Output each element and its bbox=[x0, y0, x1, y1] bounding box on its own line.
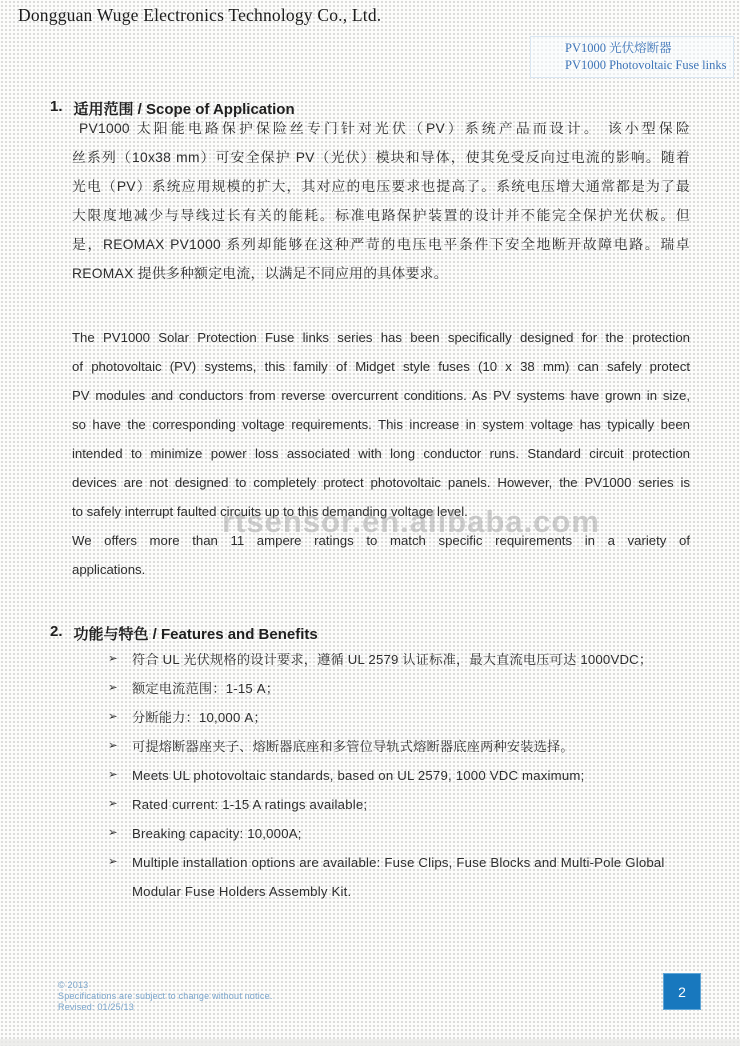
paragraph-line: 是，REOMAX PV1000 系列却能够在这种严苛的电压电平条件下安全地断开故… bbox=[72, 230, 690, 259]
arrow-bullet-icon: ➢ bbox=[108, 645, 132, 674]
arrow-bullet-icon: ➢ bbox=[108, 732, 132, 761]
list-item: ➢ 符合 UL 光伏规格的设计要求，遵循 UL 2579 认证标准，最大直流电压… bbox=[108, 645, 690, 674]
paragraph-line: so have the corresponding voltage requir… bbox=[72, 410, 690, 439]
paragraph-line: The PV1000 Solar Protection Fuse links s… bbox=[72, 323, 690, 352]
paragraph-line: PV1000 太阳能电路保护保险丝专门针对光伏（PV）系统产品而设计。 该小型保… bbox=[72, 114, 690, 143]
list-item: ➢ Multiple installation options are avai… bbox=[108, 848, 690, 906]
feature-text: 符合 UL 光伏规格的设计要求，遵循 UL 2579 认证标准，最大直流电压可达… bbox=[132, 645, 690, 674]
document-page: Dongguan Wuge Electronics Technology Co.… bbox=[0, 0, 740, 1046]
list-item: ➢ Breaking capacity: 10,000A; bbox=[108, 819, 690, 848]
section-2-number: 2. bbox=[50, 623, 63, 644]
footer-revised: Revised: 01/25/13 bbox=[58, 1002, 273, 1013]
footer-copyright: © 2013 bbox=[58, 980, 273, 991]
list-item: ➢ 可提熔断器座夹子、熔断器底座和多管位导轨式熔断器底座两种安装选择。 bbox=[108, 732, 690, 761]
page-number: 2 bbox=[678, 984, 686, 1000]
paragraph-line: intended to minimize power loss associat… bbox=[72, 439, 690, 468]
paragraph-line: of photovoltaic (PV) systems, this famil… bbox=[72, 352, 690, 381]
features-list: ➢ 符合 UL 光伏规格的设计要求，遵循 UL 2579 认证标准，最大直流电压… bbox=[108, 645, 690, 906]
feature-text: Multiple installation options are availa… bbox=[132, 848, 690, 906]
arrow-bullet-icon: ➢ bbox=[108, 848, 132, 877]
arrow-bullet-icon: ➢ bbox=[108, 703, 132, 732]
product-title-en: PV1000 Photovoltaic Fuse links bbox=[565, 57, 733, 74]
arrow-bullet-icon: ➢ bbox=[108, 674, 132, 703]
feature-text: Rated current: 1-15 A ratings available; bbox=[132, 790, 690, 819]
arrow-bullet-icon: ➢ bbox=[108, 790, 132, 819]
list-item: ➢ 额定电流范围：1-15 A； bbox=[108, 674, 690, 703]
paragraph-line: 光电（PV）系统应用规模的扩大，其对应的电压要求也提高了。系统电压增大通常都是为… bbox=[72, 172, 690, 201]
feature-text: 分断能力：10,000 A； bbox=[132, 703, 690, 732]
paragraph-line: applications. bbox=[72, 555, 690, 584]
paragraph-line: 丝系列（10x38 mm）可安全保护 PV（光伏）模块和导体，使其免受反向过电流… bbox=[72, 143, 690, 172]
page-footer: © 2013 Specifications are subject to cha… bbox=[58, 980, 273, 1013]
company-name: Dongguan Wuge Electronics Technology Co.… bbox=[18, 5, 381, 26]
section-2-title: 功能与特色 / Features and Benefits bbox=[74, 623, 318, 644]
scope-paragraph-en: The PV1000 Solar Protection Fuse links s… bbox=[72, 323, 690, 584]
scope-paragraph-cn: PV1000 太阳能电路保护保险丝专门针对光伏（PV）系统产品而设计。 该小型保… bbox=[72, 114, 690, 288]
page-bottom-edge bbox=[0, 1039, 740, 1046]
feature-text: Meets UL photovoltaic standards, based o… bbox=[132, 761, 690, 790]
paragraph-line: 大限度地减少与导线过长有关的能耗。标准电路保护装置的设计并不能完全保护光伏板。但 bbox=[72, 201, 690, 230]
product-title-cn: PV1000 光伏熔断器 bbox=[565, 40, 733, 57]
arrow-bullet-icon: ➢ bbox=[108, 819, 132, 848]
paragraph-line: PV modules and conductors from reverse o… bbox=[72, 381, 690, 410]
page-number-badge: 2 bbox=[663, 973, 701, 1010]
list-item: ➢ 分断能力：10,000 A； bbox=[108, 703, 690, 732]
footer-notice: Specifications are subject to change wit… bbox=[58, 991, 273, 1002]
paragraph-line: REOMAX 提供多种额定电流，以满足不同应用的具体要求。 bbox=[72, 259, 690, 288]
feature-text: 可提熔断器座夹子、熔断器底座和多管位导轨式熔断器底座两种安装选择。 bbox=[132, 732, 690, 761]
paragraph-line: to safely interrupt faulted circuits up … bbox=[72, 497, 690, 526]
list-item: ➢ Rated current: 1-15 A ratings availabl… bbox=[108, 790, 690, 819]
section-1-number: 1. bbox=[50, 98, 63, 119]
product-title-box: PV1000 光伏熔断器 PV1000 Photovoltaic Fuse li… bbox=[530, 36, 734, 78]
paragraph-line: We offers more than 11 ampere ratings to… bbox=[72, 526, 690, 555]
feature-text: 额定电流范围：1-15 A； bbox=[132, 674, 690, 703]
feature-text: Breaking capacity: 10,000A; bbox=[132, 819, 690, 848]
paragraph-line: devices are not designed to completely p… bbox=[72, 468, 690, 497]
arrow-bullet-icon: ➢ bbox=[108, 761, 132, 790]
section-2-heading: 2. 功能与特色 / Features and Benefits bbox=[50, 623, 318, 644]
list-item: ➢ Meets UL photovoltaic standards, based… bbox=[108, 761, 690, 790]
